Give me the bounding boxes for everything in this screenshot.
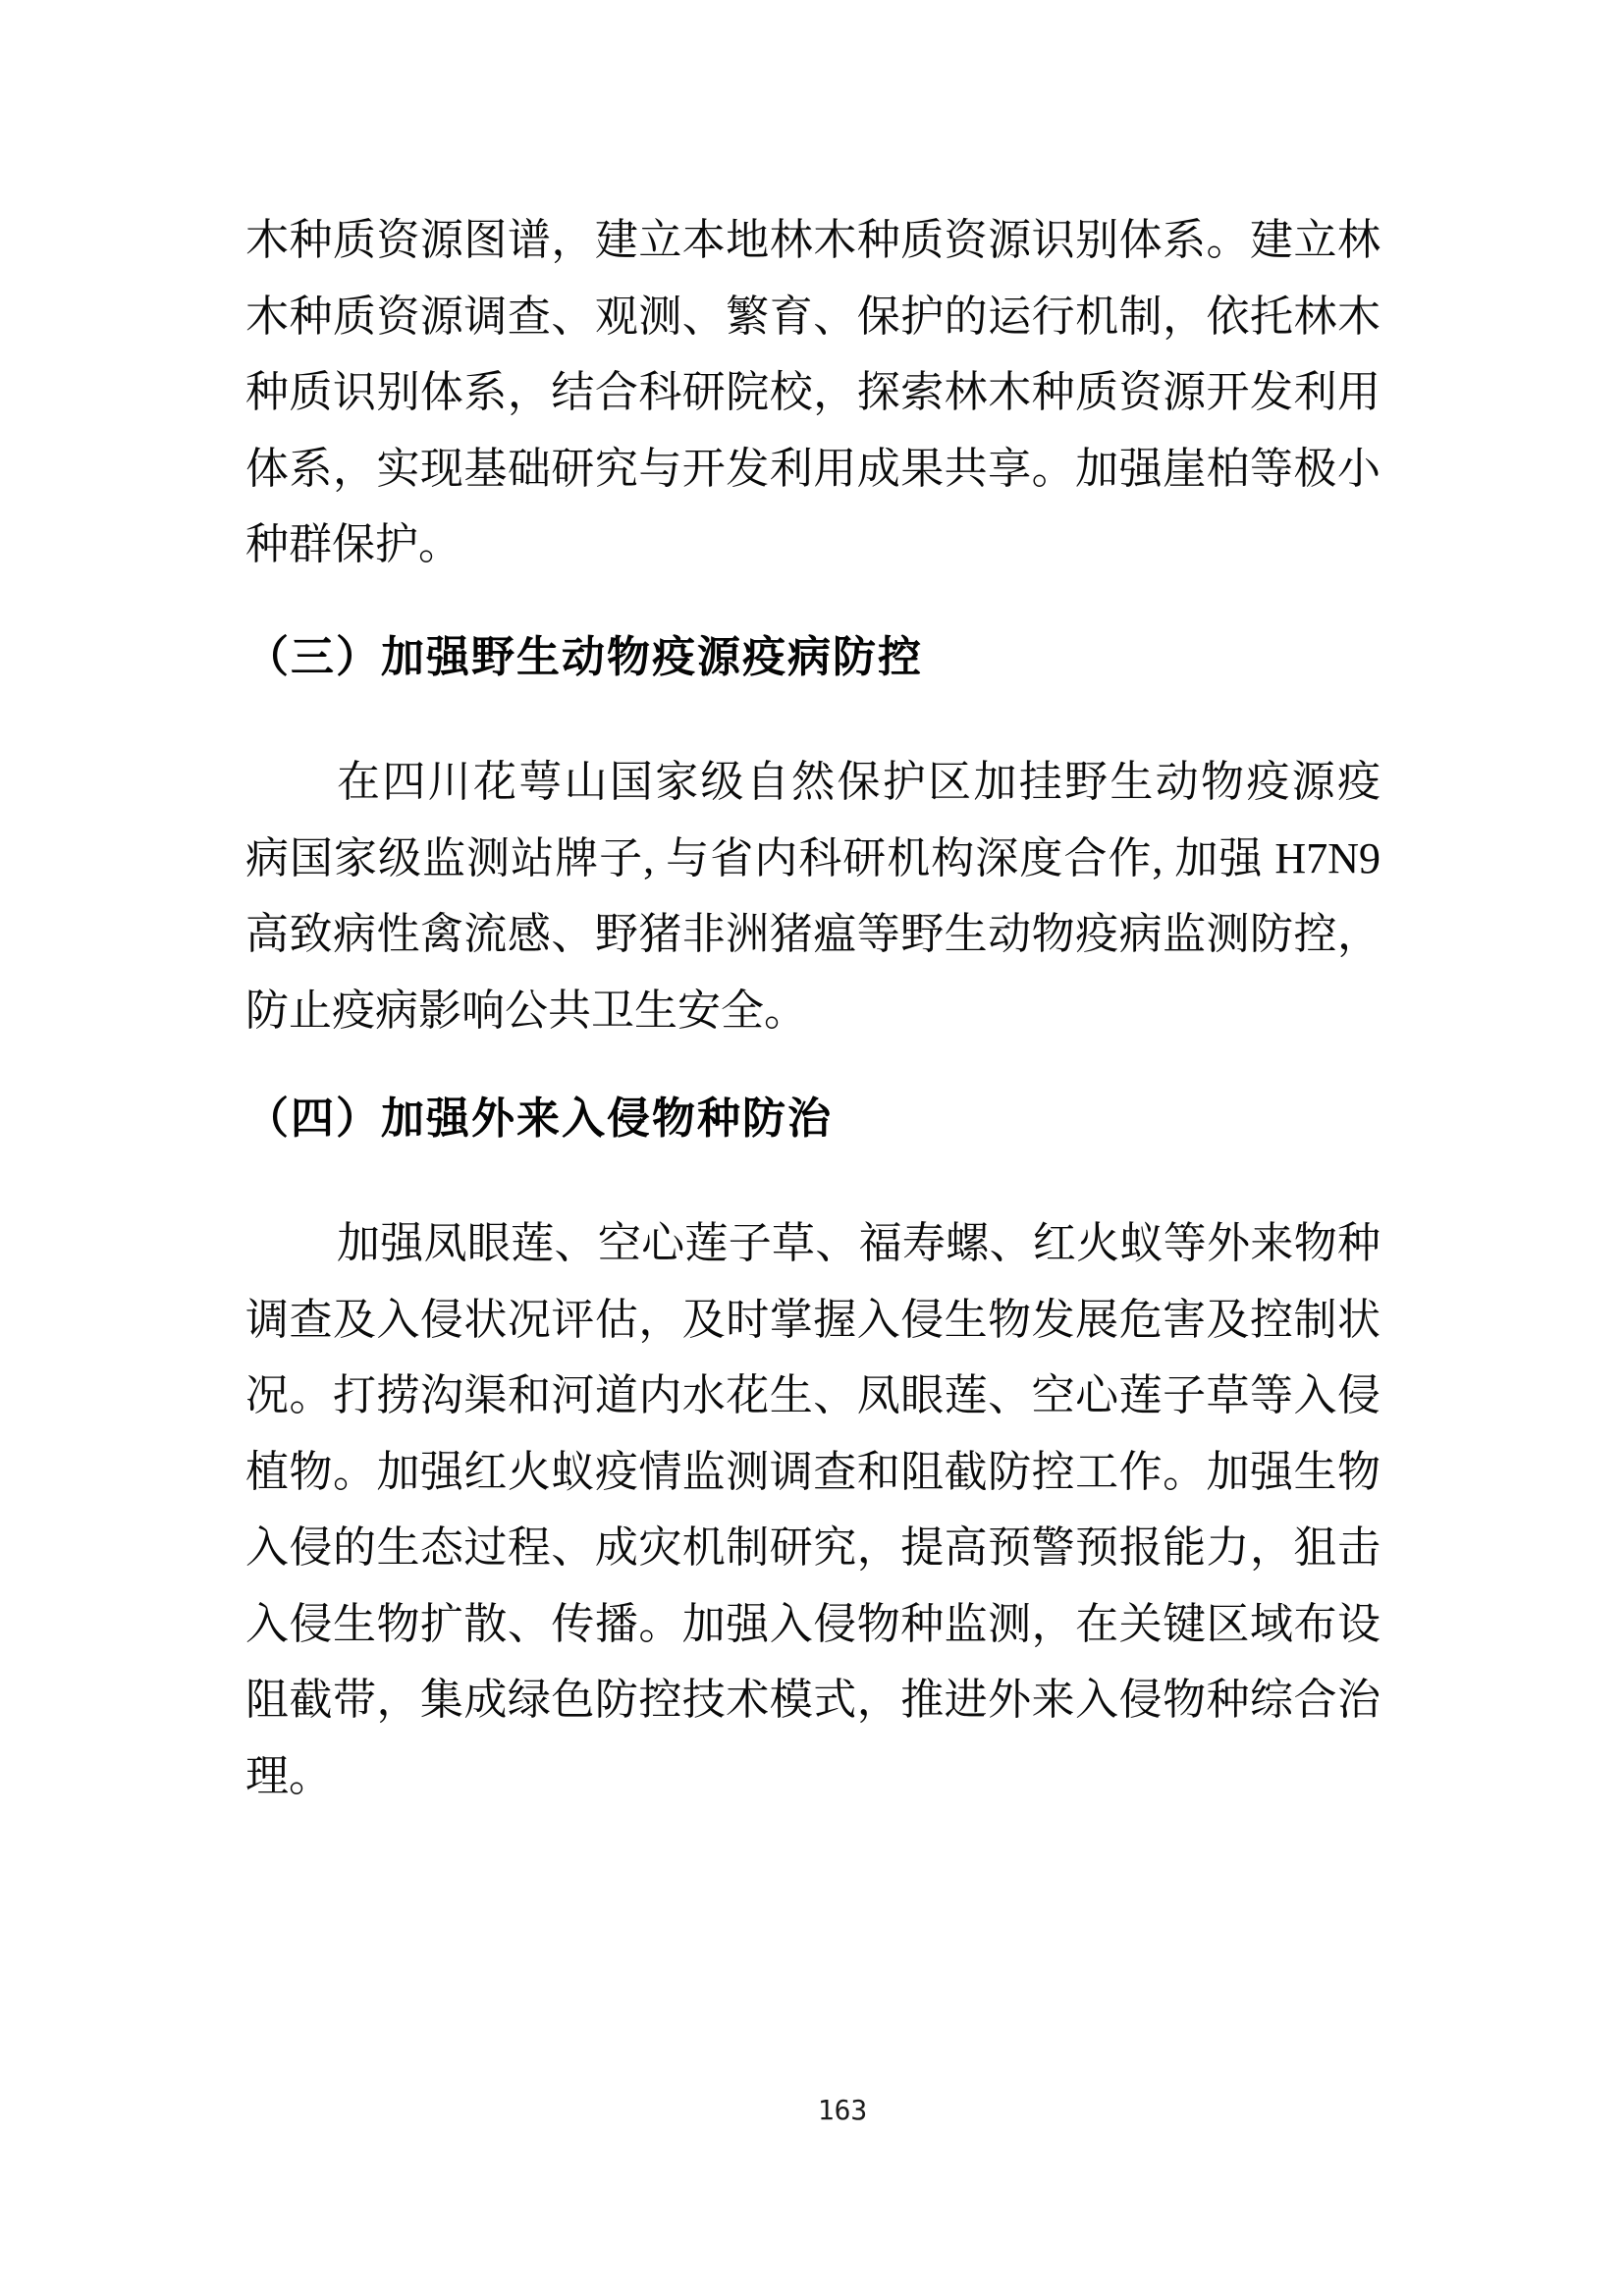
body-line: 病国家级监测站牌子, 与省内科研机构深度合作, 加强 H7N9 bbox=[245, 821, 1380, 897]
body-line: 加强凤眼莲、空心莲子草、福寿螺、红火蚁等外来物种 bbox=[245, 1205, 1380, 1282]
body-line: 种质识别体系，结合科研院校，探索林木种质资源开发利用 bbox=[245, 354, 1380, 431]
paragraph-section-4: 加强凤眼莲、空心莲子草、福寿螺、红火蚁等外来物种 调查及入侵状况评估，及时掌握入… bbox=[245, 1205, 1380, 1814]
body-line: 在四川花萼山国家级自然保护区加挂野生动物疫源疫 bbox=[245, 744, 1380, 821]
body-line: 高致病性禽流感、野猪非洲猪瘟等野生动物疫病监测防控， bbox=[245, 896, 1380, 973]
body-line: 阻截带，集成绿色防控技术模式，推进外来入侵物种综合治 bbox=[245, 1662, 1380, 1738]
body-line: 入侵的生态过程、成灾机制研究，提高预警预报能力，狙击 bbox=[245, 1510, 1380, 1586]
paragraph-continuation: 木种质资源图谱，建立本地林木种质资源识别体系。建立林 木种质资源调查、观测、繁育… bbox=[245, 202, 1380, 583]
section-heading-4: （四）加强外来入侵物种防治 bbox=[245, 1081, 1380, 1157]
document-page: 木种质资源图谱，建立本地林木种质资源识别体系。建立林 木种质资源调查、观测、繁育… bbox=[0, 0, 1624, 2296]
body-line: 种群保护。 bbox=[245, 507, 1380, 583]
body-line: 木种质资源调查、观测、繁育、保护的运行机制，依托林木 bbox=[245, 279, 1380, 355]
paragraph-section-3: 在四川花萼山国家级自然保护区加挂野生动物疫源疫 病国家级监测站牌子, 与省内科研… bbox=[245, 744, 1380, 1048]
body-line: 入侵生物扩散、传播。加强入侵物种监测，在关键区域布设 bbox=[245, 1586, 1380, 1663]
page-number: 163 bbox=[818, 2093, 868, 2128]
section-heading-3: （三）加强野生动物疫源疫病防控 bbox=[245, 619, 1380, 696]
body-line: 体系，实现基础研究与开发利用成果共享。加强崖柏等极小 bbox=[245, 431, 1380, 507]
body-line: 况。打捞沟渠和河道内水花生、凤眼莲、空心莲子草等入侵 bbox=[245, 1358, 1380, 1434]
body-line: 木种质资源图谱，建立本地林木种质资源识别体系。建立林 bbox=[245, 202, 1380, 279]
body-line: 植物。加强红火蚁疫情监测调查和阻截防控工作。加强生物 bbox=[245, 1434, 1380, 1511]
body-line: 理。 bbox=[245, 1738, 1380, 1815]
body-line: 防止疫病影响公共卫生安全。 bbox=[245, 973, 1380, 1049]
body-line: 调查及入侵状况评估，及时掌握入侵生物发展危害及控制状 bbox=[245, 1282, 1380, 1359]
